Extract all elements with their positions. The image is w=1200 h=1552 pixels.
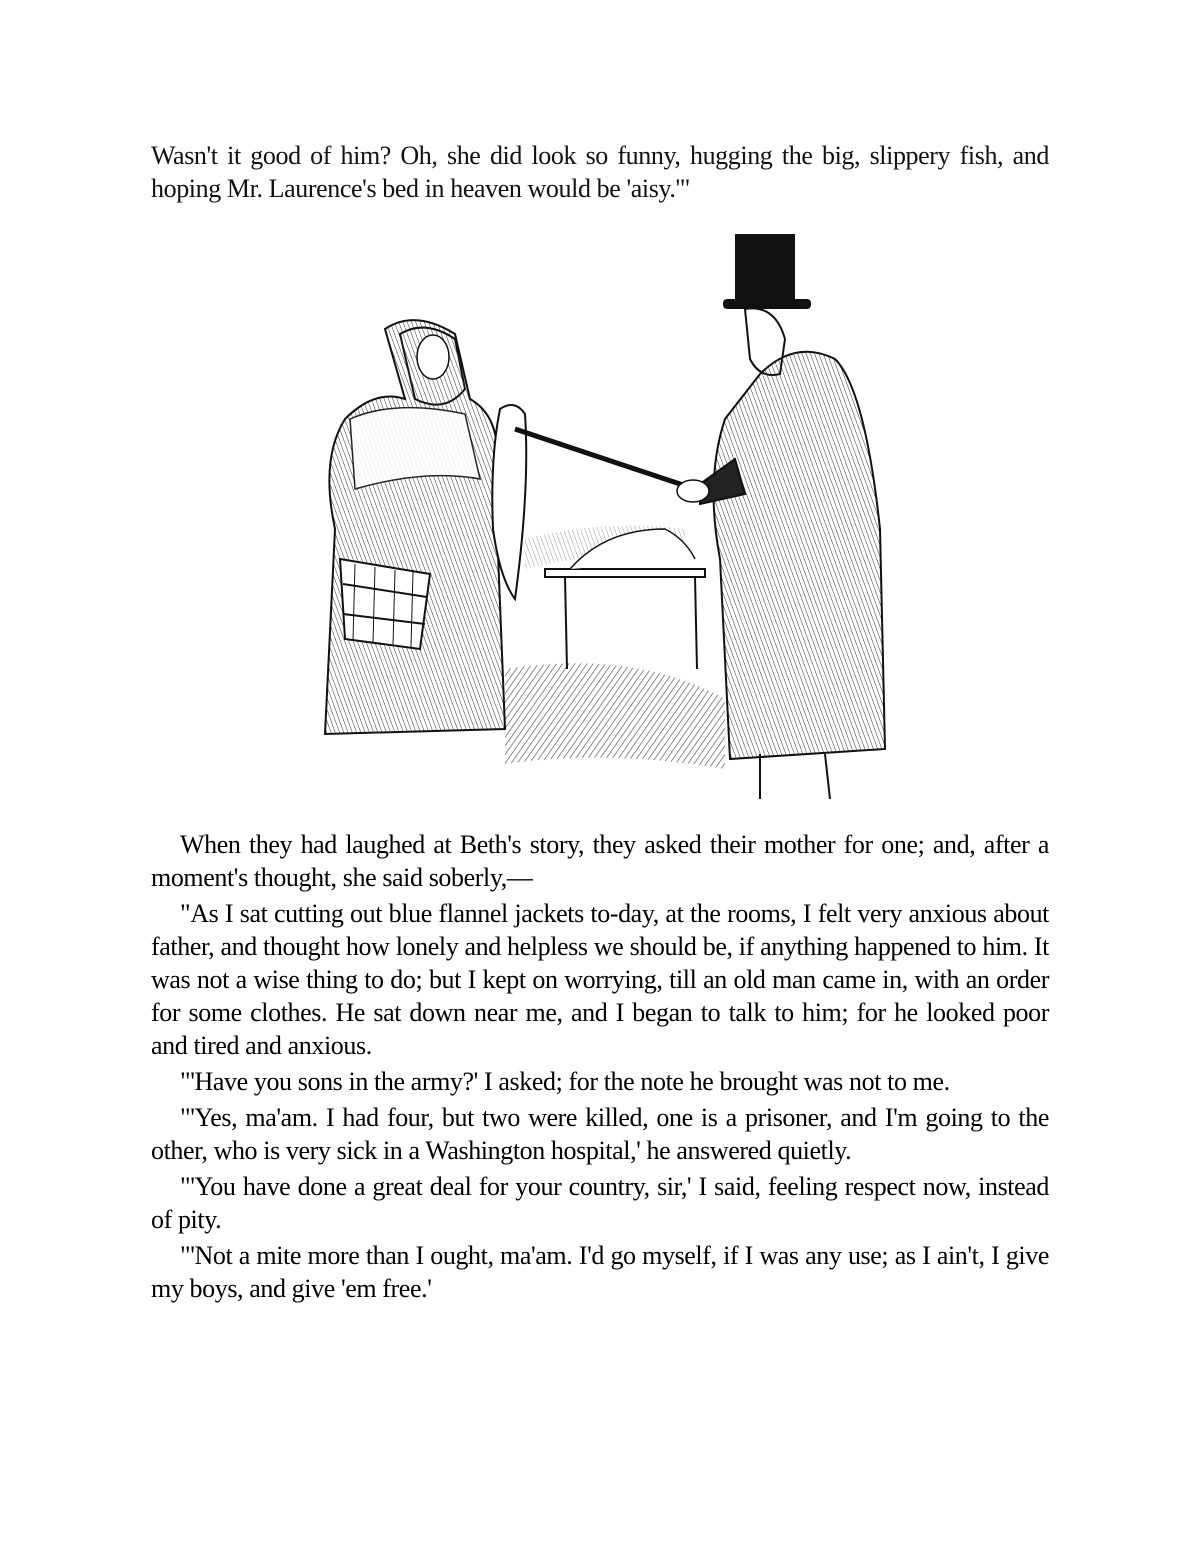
page-body: Wasn't it good of him? Oh, she did look … xyxy=(151,139,1049,208)
woman-figure xyxy=(325,320,505,734)
paragraph: "'You have done a great deal for your co… xyxy=(151,1170,1049,1236)
paragraph: When they had laughed at Beth's story, t… xyxy=(151,828,1049,894)
paragraph: "As I sat cutting out blue flannel jacke… xyxy=(151,897,1049,1062)
illustration xyxy=(305,229,897,799)
paragraph-top: Wasn't it good of him? Oh, she did look … xyxy=(151,139,1049,205)
paragraph: "'Not a mite more than I ought, ma'am. I… xyxy=(151,1239,1049,1305)
page-body-continued: When they had laughed at Beth's story, t… xyxy=(151,828,1049,1308)
engraving-illustration-icon xyxy=(305,229,897,799)
paragraph: "'Have you sons in the army?' I asked; f… xyxy=(151,1065,1049,1098)
paragraph: "'Yes, ma'am. I had four, but two were k… xyxy=(151,1101,1049,1167)
